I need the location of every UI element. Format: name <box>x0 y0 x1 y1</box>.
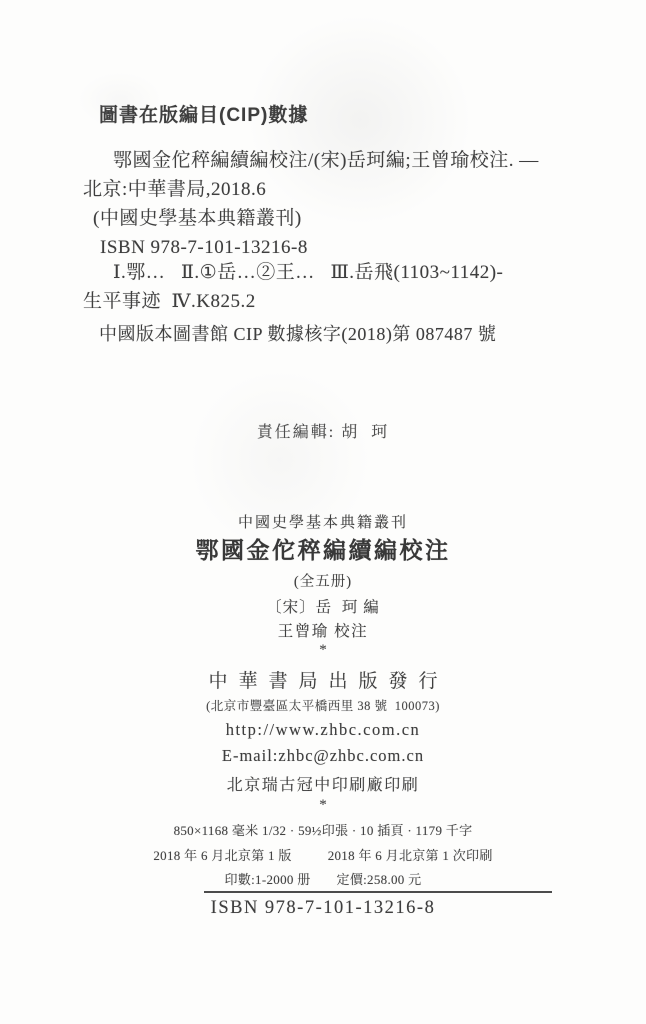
responsible-editor: 責任編輯: 胡 珂 <box>0 419 646 442</box>
classification-line-2: 生平事迹 Ⅳ.K825.2 <box>83 287 503 316</box>
cip-entry-line-3: (中國史學基本典籍叢刊) <box>83 204 583 233</box>
series-title: 中國史學基本典籍叢刊 <box>0 511 646 532</box>
printer-line: 北京瑞古冠中印刷廠印刷 <box>0 772 646 795</box>
cip-heading: 圖書在版編目(CIP)數據 <box>99 100 308 127</box>
asterisk-separator: * <box>0 797 646 814</box>
cip-record-number: 中國版本圖書館 CIP 數據核字(2018)第 087487 號 <box>99 320 496 346</box>
book-title: 鄂國金佗稡編續編校注 <box>0 532 646 565</box>
author-line: 〔宋〕岳 珂 編 <box>0 595 646 617</box>
publisher-website: http://www.zhbc.com.cn <box>0 720 646 740</box>
price-text: 定價:258.00 元 <box>337 872 422 887</box>
book-copyright-page: 圖書在版編目(CIP)數據 鄂國金佗稡編續編校注/(宋)岳珂編;王曾瑜校注. —… <box>0 0 646 1024</box>
classification-line-1: Ⅰ.鄂… Ⅱ.①岳…②王… Ⅲ.岳飛(1103~1142)- <box>83 258 503 287</box>
cip-entry-line-2: 北京:中華書局,2018.6 <box>83 175 583 204</box>
format-specs-line: 850×1168 毫米 1/32 · 59½印張 · 10 插頁 · 1179 … <box>0 820 646 839</box>
isbn-line: ISBN 978-7-101-13216-8 <box>0 898 646 919</box>
cip-classification-block: Ⅰ.鄂… Ⅱ.①岳…②王… Ⅲ.岳飛(1103~1142)- 生平事迹 Ⅳ.K8… <box>83 258 503 316</box>
publisher-email: E-mail:zhbc@zhbc.com.cn <box>0 746 646 766</box>
edition-line: 2018 年 6 月北京第 1 版2018 年 6 月北京第 1 次印刷 <box>0 845 646 864</box>
annotator-line: 王曾瑜 校注 <box>0 619 646 641</box>
print-run-text: 印數:1-2000 册 <box>225 872 311 887</box>
asterisk-separator: * <box>0 642 646 659</box>
edition-text: 2018 年 6 月北京第 1 版 <box>153 848 291 863</box>
publisher-line: 中華書局出版發行 <box>0 666 646 693</box>
cip-entry-block: 鄂國金佗稡編續編校注/(宋)岳珂編;王曾瑜校注. — 北京:中華書局,2018.… <box>83 146 583 262</box>
volume-note: (全五册) <box>0 570 646 591</box>
cip-entry-line-1: 鄂國金佗稡編續編校注/(宋)岳珂編;王曾瑜校注. — <box>83 146 583 175</box>
isbn-divider-rule <box>204 891 552 893</box>
impression-text: 2018 年 6 月北京第 1 次印刷 <box>328 848 493 863</box>
printrun-price-line: 印數:1-2000 册定價:258.00 元 <box>0 869 646 888</box>
publisher-address: (北京市豐臺區太平橋西里 38 號 100073) <box>0 696 646 714</box>
